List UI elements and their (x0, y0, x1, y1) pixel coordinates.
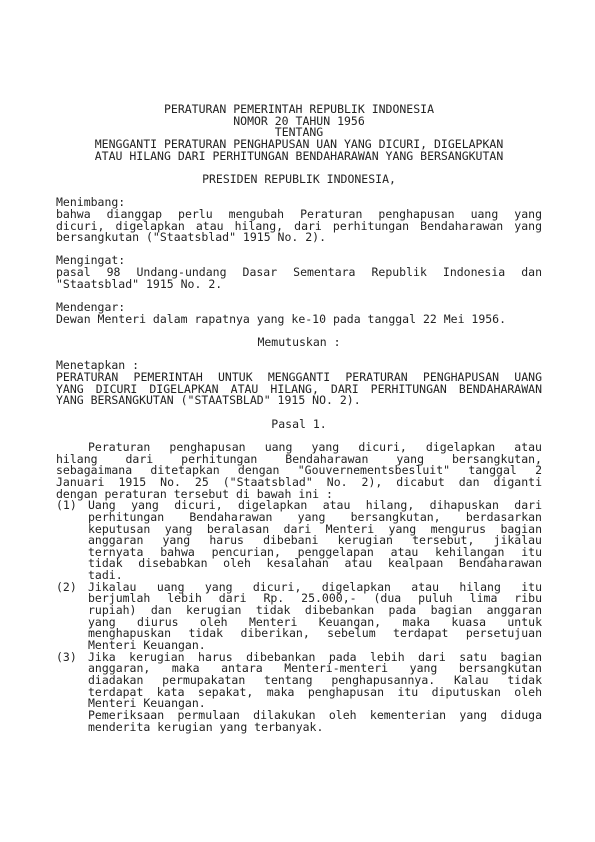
item-number: (3) (56, 652, 88, 734)
text-line: "Staatsblad" 1915 No. 2. (56, 279, 542, 291)
item-number: (2) (56, 582, 88, 652)
article-intro: Peraturan penghapusan uang yang dicuri, … (56, 442, 542, 500)
salutation-line: PRESIDEN REPUBLIK INDONESIA, (56, 174, 542, 186)
item-body: Uang yang dicuri, digelapkan atau hilang… (88, 500, 542, 582)
item-number: (1) (56, 500, 88, 582)
text-line: menderita kerugian yang terbanyak. (88, 722, 542, 734)
menimbang-text: bahwa dianggap perlu mengubah Peraturan … (56, 209, 542, 244)
text-line: Dewan Menteri dalam rapatnya yang ke-10 … (56, 314, 542, 326)
spacer (56, 186, 542, 198)
section-menimbang: Menimbang: bahwa dianggap perlu mengubah… (56, 197, 542, 244)
section-mengingat: Mengingat: pasal 98 Undang-undang Dasar … (56, 255, 542, 290)
mendengar-text: Dewan Menteri dalam rapatnya yang ke-10 … (56, 314, 542, 326)
mengingat-text: pasal 98 Undang-undang Dasar Sementara R… (56, 267, 542, 290)
article-item-1: (1) Uang yang dicuri, digelapkan atau hi… (56, 500, 542, 582)
text-line: tidak disebabkan oleh kesalahan atau kea… (88, 558, 542, 570)
text-line: bersangkutan ("Staatsblad" 1915 No. 2). (56, 232, 542, 244)
decision-heading: Memutuskan : (56, 337, 542, 349)
article-item-3: (3) Jika kerugian harus dibebankan pada … (56, 652, 542, 734)
spacer (56, 290, 542, 302)
article-item-2: (2) Jikalau uang yang dicuri, digelapkan… (56, 582, 542, 652)
spacer (56, 244, 542, 256)
document-page: PERATURAN PEMERINTAH REPUBLIK INDONESIAN… (0, 0, 595, 842)
text-line: ATAU HILANG DARI PERHITUNGAN BENDAHARAWA… (56, 151, 542, 163)
menetapkan-text: PERATURAN PEMERINTAH UNTUK MENGGANTI PER… (56, 372, 542, 407)
item-body: Jika kerugian harus dibebankan pada lebi… (88, 652, 542, 734)
regulation-title: PERATURAN PEMERINTAH REPUBLIK INDONESIAN… (56, 104, 542, 162)
article-heading: Pasal 1. (56, 419, 542, 431)
document-content: PERATURAN PEMERINTAH REPUBLIK INDONESIAN… (56, 104, 542, 733)
section-mendengar: Mendengar: Dewan Menteri dalam rapatnya … (56, 302, 542, 325)
section-menetapkan: Menetapkan : PERATURAN PEMERINTAH UNTUK … (56, 360, 542, 407)
text-line: YANG BERSANGKUTAN ("STAATSBLAD" 1915 NO.… (56, 395, 542, 407)
item-body: Jikalau uang yang dicuri, digelapkan ata… (88, 582, 542, 652)
